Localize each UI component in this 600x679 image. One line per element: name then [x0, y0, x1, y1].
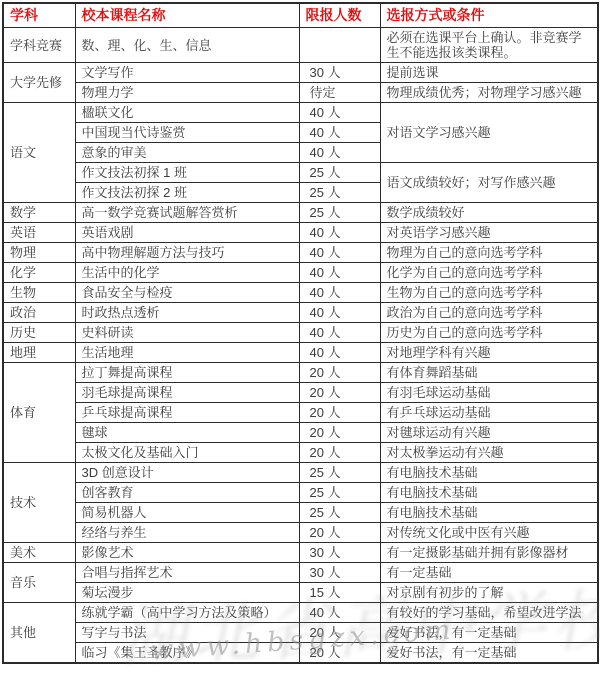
table-row: 地理生活地理40 人对地理学科有兴趣 — [3, 343, 598, 363]
condition-cell: 对语文学习感兴趣 — [380, 103, 598, 163]
limit-cell: 20 人 — [299, 403, 380, 423]
course-name-cell: 作文技法初探 1 班 — [75, 163, 299, 183]
course-name-cell: 简易机器人 — [75, 503, 299, 523]
condition-cell: 对传统文化或中医有兴趣 — [380, 523, 598, 543]
condition-cell: 必须在选课平台上确认。非竞赛学生不能选报该类课程。 — [380, 28, 598, 63]
table-row: 体育拉丁舞提高课程20 人有体育舞蹈基础 — [3, 363, 598, 383]
condition-cell: 历史为自己的意向选考学科 — [380, 323, 598, 343]
course-table-container: 学科 校本课程名称 限报人数 选报方式或条件 学科竞赛数、理、化、生、信息必须在… — [0, 0, 600, 666]
table-row: 大学先修文学写作30 人提前选课 — [3, 63, 598, 83]
table-header: 学科 校本课程名称 限报人数 选报方式或条件 — [3, 3, 598, 28]
condition-cell: 语文成绩较好；对写作感兴趣 — [380, 163, 598, 203]
table-row: 羽毛球提高课程20 人有羽毛球运动基础 — [3, 383, 598, 403]
limit-cell: 待定 — [299, 83, 380, 103]
subject-cell: 语文 — [3, 103, 75, 203]
condition-cell: 对毽球运动有兴趣 — [380, 423, 598, 443]
limit-cell: 25 人 — [299, 483, 380, 503]
subject-cell: 其他 — [3, 603, 75, 664]
table-row: 历史史料研读40 人历史为自己的意向选考学科 — [3, 323, 598, 343]
course-name-cell: 3D 创意设计 — [75, 463, 299, 483]
limit-cell: 20 人 — [299, 523, 380, 543]
limit-cell: 20 人 — [299, 623, 380, 643]
course-name-cell: 英语戏剧 — [75, 223, 299, 243]
table-row: 音乐合唱与指挥艺术30 人有一定基础 — [3, 563, 598, 583]
limit-cell: 20 人 — [299, 643, 380, 664]
course-name-cell: 菊坛漫步 — [75, 583, 299, 603]
course-name-cell: 太极文化及基础入门 — [75, 443, 299, 463]
header-condition: 选报方式或条件 — [380, 3, 598, 28]
table-row: 乒乓球提高课程20 人有乒乓球运动基础 — [3, 403, 598, 423]
table-row: 化学生活中的化学40 人化学为自己的意向选考学科 — [3, 263, 598, 283]
table-row: 临习《集王圣教序》20 人爱好书法，有一定基础 — [3, 643, 598, 664]
limit-cell: 40 人 — [299, 103, 380, 123]
condition-cell: 有羽毛球运动基础 — [380, 383, 598, 403]
subject-cell: 美术 — [3, 543, 75, 563]
limit-cell: 20 人 — [299, 423, 380, 443]
table-row: 语文楹联文化40 人对语文学习感兴趣 — [3, 103, 598, 123]
condition-cell: 对京剧有初步的了解 — [380, 583, 598, 603]
header-subject: 学科 — [3, 3, 75, 28]
course-name-cell: 意象的审美 — [75, 143, 299, 163]
condition-cell: 有体育舞蹈基础 — [380, 363, 598, 383]
subject-cell: 学科竞赛 — [3, 28, 75, 63]
table-row: 简易机器人25 人有电脑技术基础 — [3, 503, 598, 523]
limit-cell: 40 人 — [299, 263, 380, 283]
condition-cell: 有一定基础 — [380, 563, 598, 583]
limit-cell: 25 人 — [299, 203, 380, 223]
limit-cell: 20 人 — [299, 363, 380, 383]
condition-cell: 对地理学科有兴趣 — [380, 343, 598, 363]
course-name-cell: 写字与书法 — [75, 623, 299, 643]
subject-cell: 生物 — [3, 283, 75, 303]
subject-cell: 技术 — [3, 463, 75, 543]
condition-cell: 对英语学习感兴趣 — [380, 223, 598, 243]
limit-cell: 25 人 — [299, 463, 380, 483]
course-name-cell: 合唱与指挥艺术 — [75, 563, 299, 583]
table-row: 其他练就学霸（高中学习方法及策略）40 人有较好的学习基础，希望改进学法 — [3, 603, 598, 623]
condition-cell: 有电脑技术基础 — [380, 483, 598, 503]
condition-cell: 有一定摄影基础并拥有影像器材 — [380, 543, 598, 563]
course-name-cell: 高一数学竞赛试题解答赏析 — [75, 203, 299, 223]
limit-cell: 40 人 — [299, 143, 380, 163]
course-name-cell: 经络与养生 — [75, 523, 299, 543]
limit-cell: 40 人 — [299, 283, 380, 303]
course-name-cell: 楹联文化 — [75, 103, 299, 123]
table-row: 英语英语戏剧40 人对英语学习感兴趣 — [3, 223, 598, 243]
table-row: 写字与书法20 人爱好书法，有一定基础 — [3, 623, 598, 643]
condition-cell: 有电脑技术基础 — [380, 463, 598, 483]
limit-cell: 25 人 — [299, 163, 380, 183]
course-name-cell: 时政热点透析 — [75, 303, 299, 323]
course-name-cell: 练就学霸（高中学习方法及策略） — [75, 603, 299, 623]
course-name-cell: 中国现当代诗鉴赏 — [75, 123, 299, 143]
course-name-cell: 临习《集王圣教序》 — [75, 643, 299, 664]
limit-cell: 40 人 — [299, 303, 380, 323]
condition-cell: 化学为自己的意向选考学科 — [380, 263, 598, 283]
header-course-name: 校本课程名称 — [75, 3, 299, 28]
limit-cell: 40 人 — [299, 343, 380, 363]
subject-cell: 英语 — [3, 223, 75, 243]
table-row: 毽球20 人对毽球运动有兴趣 — [3, 423, 598, 443]
subject-cell: 大学先修 — [3, 63, 75, 103]
header-limit: 限报人数 — [299, 3, 380, 28]
condition-cell: 提前选课 — [380, 63, 598, 83]
course-name-cell: 羽毛球提高课程 — [75, 383, 299, 403]
course-table: 学科 校本课程名称 限报人数 选报方式或条件 学科竞赛数、理、化、生、信息必须在… — [2, 2, 599, 664]
table-row: 生物食品安全与检疫40 人生物为自己的意向选考学科 — [3, 283, 598, 303]
table-row: 创客教育25 人有电脑技术基础 — [3, 483, 598, 503]
subject-cell: 地理 — [3, 343, 75, 363]
course-name-cell: 作文技法初探 2 班 — [75, 183, 299, 203]
course-name-cell: 拉丁舞提高课程 — [75, 363, 299, 383]
condition-cell: 有较好的学习基础，希望改进学法 — [380, 603, 598, 623]
limit-cell: 30 人 — [299, 63, 380, 83]
limit-cell: 40 人 — [299, 243, 380, 263]
limit-cell: 40 人 — [299, 323, 380, 343]
limit-cell: 40 人 — [299, 223, 380, 243]
table-row: 数学高一数学竞赛试题解答赏析25 人数学成绩较好 — [3, 203, 598, 223]
limit-cell: 20 人 — [299, 383, 380, 403]
table-row: 美术影像艺术30 人有一定摄影基础并拥有影像器材 — [3, 543, 598, 563]
table-row: 物理高中物理解题方法与技巧40 人物理为自己的意向选考学科 — [3, 243, 598, 263]
table-row: 太极文化及基础入门20 人对太极拳运动有兴趣 — [3, 443, 598, 463]
course-name-cell: 影像艺术 — [75, 543, 299, 563]
subject-cell: 化学 — [3, 263, 75, 283]
course-name-cell: 乒乓球提高课程 — [75, 403, 299, 423]
condition-cell: 物理成绩优秀；对物理学习感兴趣 — [380, 83, 598, 103]
table-row: 物理力学待定物理成绩优秀；对物理学习感兴趣 — [3, 83, 598, 103]
course-name-cell: 生活中的化学 — [75, 263, 299, 283]
table-row: 经络与养生20 人对传统文化或中医有兴趣 — [3, 523, 598, 543]
limit-cell: 25 人 — [299, 183, 380, 203]
limit-cell — [299, 28, 380, 63]
course-name-cell: 文学写作 — [75, 63, 299, 83]
course-name-cell: 高中物理解题方法与技巧 — [75, 243, 299, 263]
course-name-cell: 史料研读 — [75, 323, 299, 343]
limit-cell: 20 人 — [299, 443, 380, 463]
course-name-cell: 毽球 — [75, 423, 299, 443]
condition-cell: 爱好书法，有一定基础 — [380, 623, 598, 643]
course-name-cell: 食品安全与检疫 — [75, 283, 299, 303]
condition-cell: 爱好书法，有一定基础 — [380, 643, 598, 664]
course-name-cell: 生活地理 — [75, 343, 299, 363]
header-row: 学科 校本课程名称 限报人数 选报方式或条件 — [3, 3, 598, 28]
course-name-cell: 数、理、化、生、信息 — [75, 28, 299, 63]
condition-cell: 对太极拳运动有兴趣 — [380, 443, 598, 463]
course-name-cell: 物理力学 — [75, 83, 299, 103]
subject-cell: 体育 — [3, 363, 75, 463]
table-body: 学科竞赛数、理、化、生、信息必须在选课平台上确认。非竞赛学生不能选报该类课程。大… — [3, 28, 598, 664]
subject-cell: 历史 — [3, 323, 75, 343]
limit-cell: 40 人 — [299, 123, 380, 143]
table-row: 菊坛漫步15 人对京剧有初步的了解 — [3, 583, 598, 603]
course-name-cell: 创客教育 — [75, 483, 299, 503]
condition-cell: 生物为自己的意向选考学科 — [380, 283, 598, 303]
table-row: 学科竞赛数、理、化、生、信息必须在选课平台上确认。非竞赛学生不能选报该类课程。 — [3, 28, 598, 63]
subject-cell: 政治 — [3, 303, 75, 323]
condition-cell: 物理为自己的意向选考学科 — [380, 243, 598, 263]
limit-cell: 40 人 — [299, 603, 380, 623]
condition-cell: 政治为自己的意向选考学科 — [380, 303, 598, 323]
condition-cell: 数学成绩较好 — [380, 203, 598, 223]
limit-cell: 30 人 — [299, 543, 380, 563]
table-row: 政治时政热点透析40 人政治为自己的意向选考学科 — [3, 303, 598, 323]
limit-cell: 30 人 — [299, 563, 380, 583]
subject-cell: 物理 — [3, 243, 75, 263]
limit-cell: 15 人 — [299, 583, 380, 603]
table-row: 技术3D 创意设计25 人有电脑技术基础 — [3, 463, 598, 483]
subject-cell: 数学 — [3, 203, 75, 223]
limit-cell: 25 人 — [299, 503, 380, 523]
condition-cell: 有乒乓球运动基础 — [380, 403, 598, 423]
condition-cell: 有电脑技术基础 — [380, 503, 598, 523]
table-row: 作文技法初探 1 班25 人语文成绩较好；对写作感兴趣 — [3, 163, 598, 183]
subject-cell: 音乐 — [3, 563, 75, 603]
